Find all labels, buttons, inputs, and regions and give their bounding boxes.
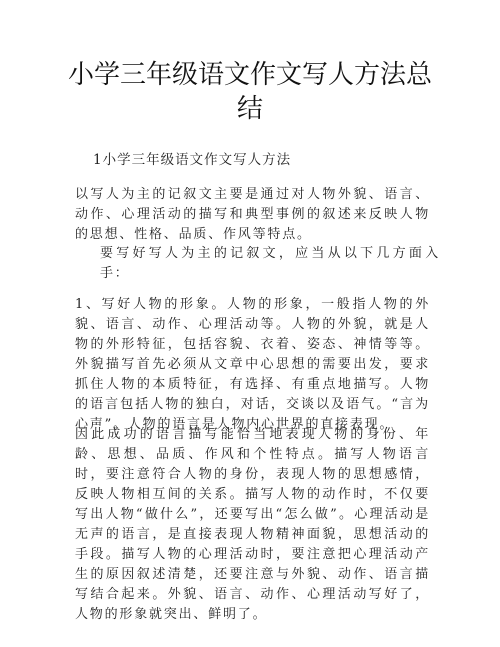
paragraph-lead: 要写好写人为主的记叙文，应当从以下几方面入手： [100,244,440,284]
paragraph-language-description: 因此成功的语言描写能恰当地表现人物的身份、年龄、思想、品质、作风和个性特点。描写… [75,425,430,625]
document-title: 小学三年级语文作文写人方法总结 [60,58,440,126]
document-page: 小学三年级语文作文写人方法总结 1小学三年级语文作文写人方法 以写人为主的记叙文… [0,0,500,647]
paragraph-point-1: 1、写好人物的形象。人物的形象，一般指人物的外貌、语言、动作、心理活动等。人物的… [75,295,430,435]
section-heading: 1小学三年级语文作文写人方法 [93,148,291,168]
paragraph-intro: 以写人为主的记叙文主要是通过对人物外貌、语言、动作、心理活动的描写和典型事例的叙… [75,185,430,245]
